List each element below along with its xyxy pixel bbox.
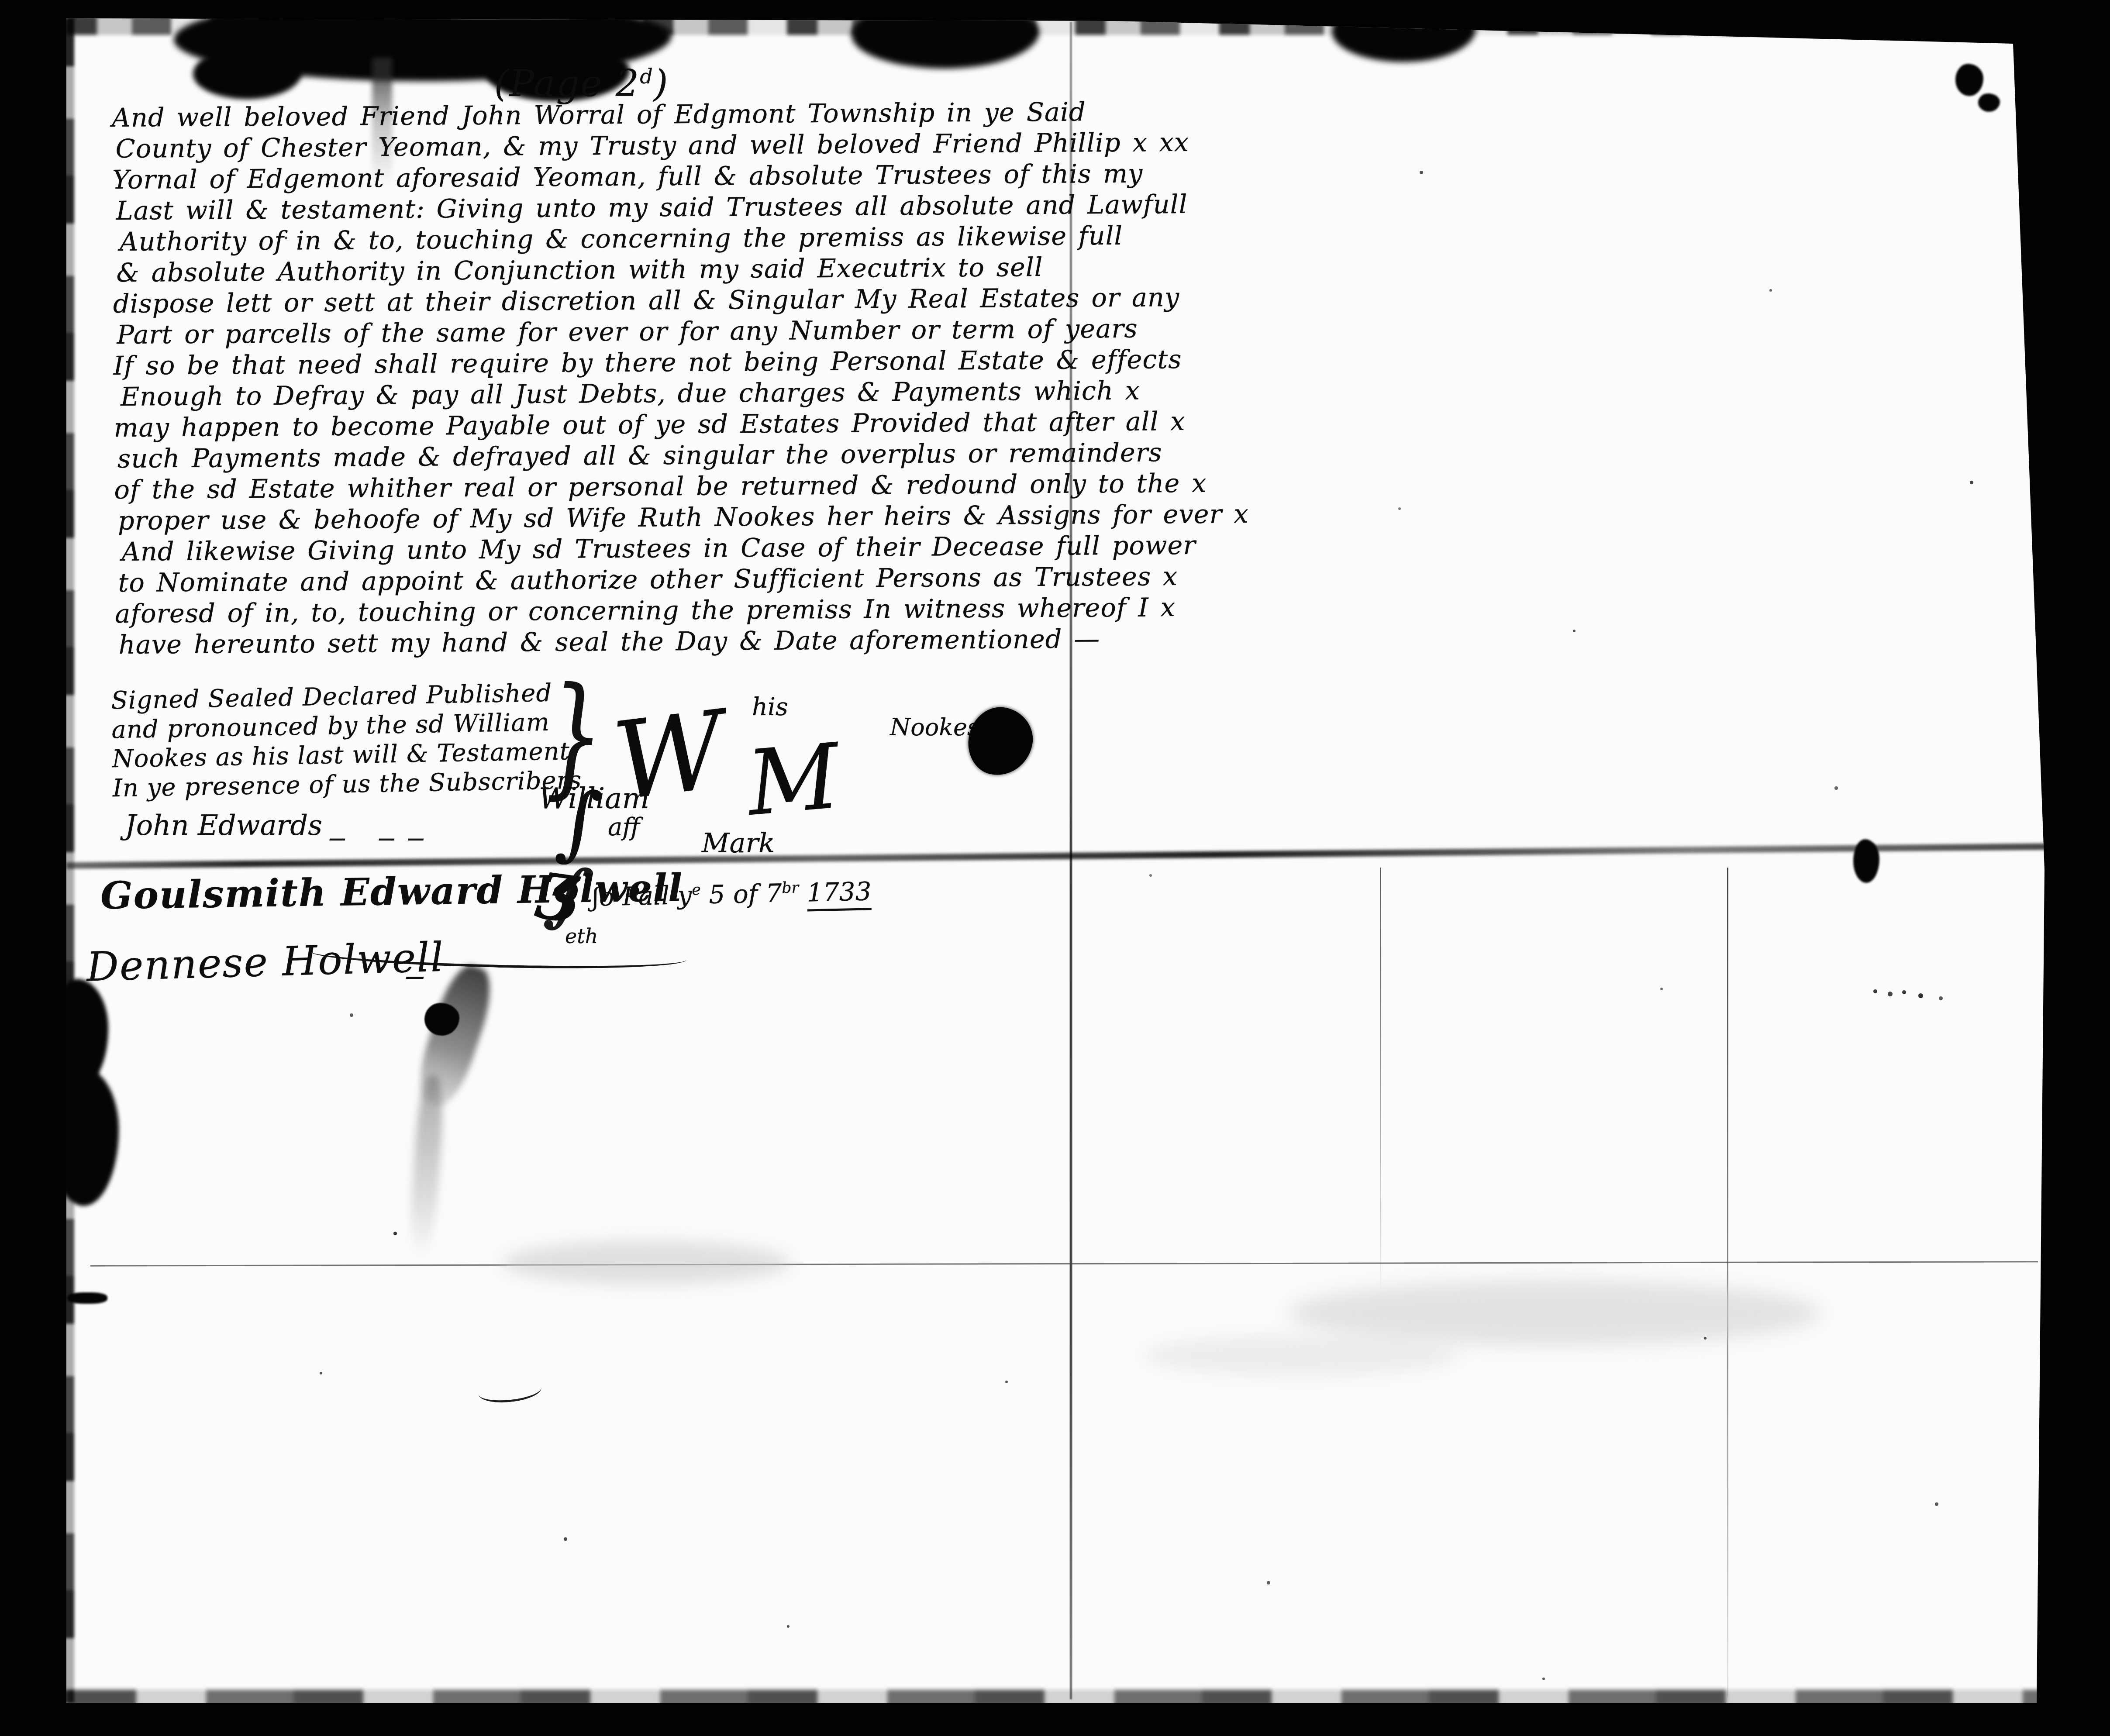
scan-artifact-blob [193,49,302,99]
probate-text: 5 of 7 [700,878,782,910]
gray-smudge [502,1241,790,1285]
page-label-superscript: d [640,65,654,88]
witness-signature-dennese-holwell: Dennese Holwell [86,934,445,991]
pen-stroke [477,1377,543,1405]
ink-spot [1978,93,2000,112]
paper-sheet: (Page 2d) And well beloved Friend John W… [66,18,2049,1703]
scanned-document: (Page 2d) And well beloved Friend John W… [0,0,2110,1736]
his-mark-label-bottom: Mark [702,827,775,859]
eth-notation: eth [565,924,598,948]
ink-spot [1853,839,1879,883]
page-label-text: (Page 2 [494,62,640,105]
will-text-line: have hereunto sett my hand & seal the Da… [118,622,1249,660]
probate-superscript: br [782,879,799,897]
scan-artifact-blob [67,1292,107,1304]
scan-artifact-blob [66,1066,119,1206]
probate-text: ʃo Pall y [592,880,692,912]
attestation-clause: Signed Sealed Declared Published and pro… [111,678,582,803]
horizontal-crease [90,1261,2038,1266]
witness-signature-john-edwards: John Edwards [125,809,322,842]
signature-dash: ‒ [405,957,425,994]
surname-flourish: M [744,730,843,830]
scan-artifact-blob [852,18,1039,69]
probate-year: 1733 [807,876,872,911]
testator-mark-glyph: W [608,696,731,817]
his-mark-label-top: his [752,693,788,721]
will-body-text: And well beloved Friend John Worral of E… [112,95,1250,660]
testator-surname: Nookes [890,713,979,741]
signature-dashes: ‒ ‒‒ [328,822,436,854]
gray-smudge [1288,1280,1821,1346]
page-number-label: (Page 2d) [494,62,669,105]
torn-bottom-edge [66,1690,2049,1703]
vertical-crease [1380,868,1381,1295]
probate-date-notation: ʃo Pall ye 5 of 7br 1733 [592,876,872,912]
ink-specks [1873,989,1877,993]
torn-left-edge [66,18,74,1703]
aff-notation: aff [608,813,640,841]
probate-superscript: e [692,881,701,899]
ink-smear [407,1074,446,1259]
ink-spot [1955,64,1983,96]
scan-artifact-blob [1332,18,1476,62]
vertical-crease [1727,868,1728,1697]
gray-smudge [1144,1335,1458,1376]
